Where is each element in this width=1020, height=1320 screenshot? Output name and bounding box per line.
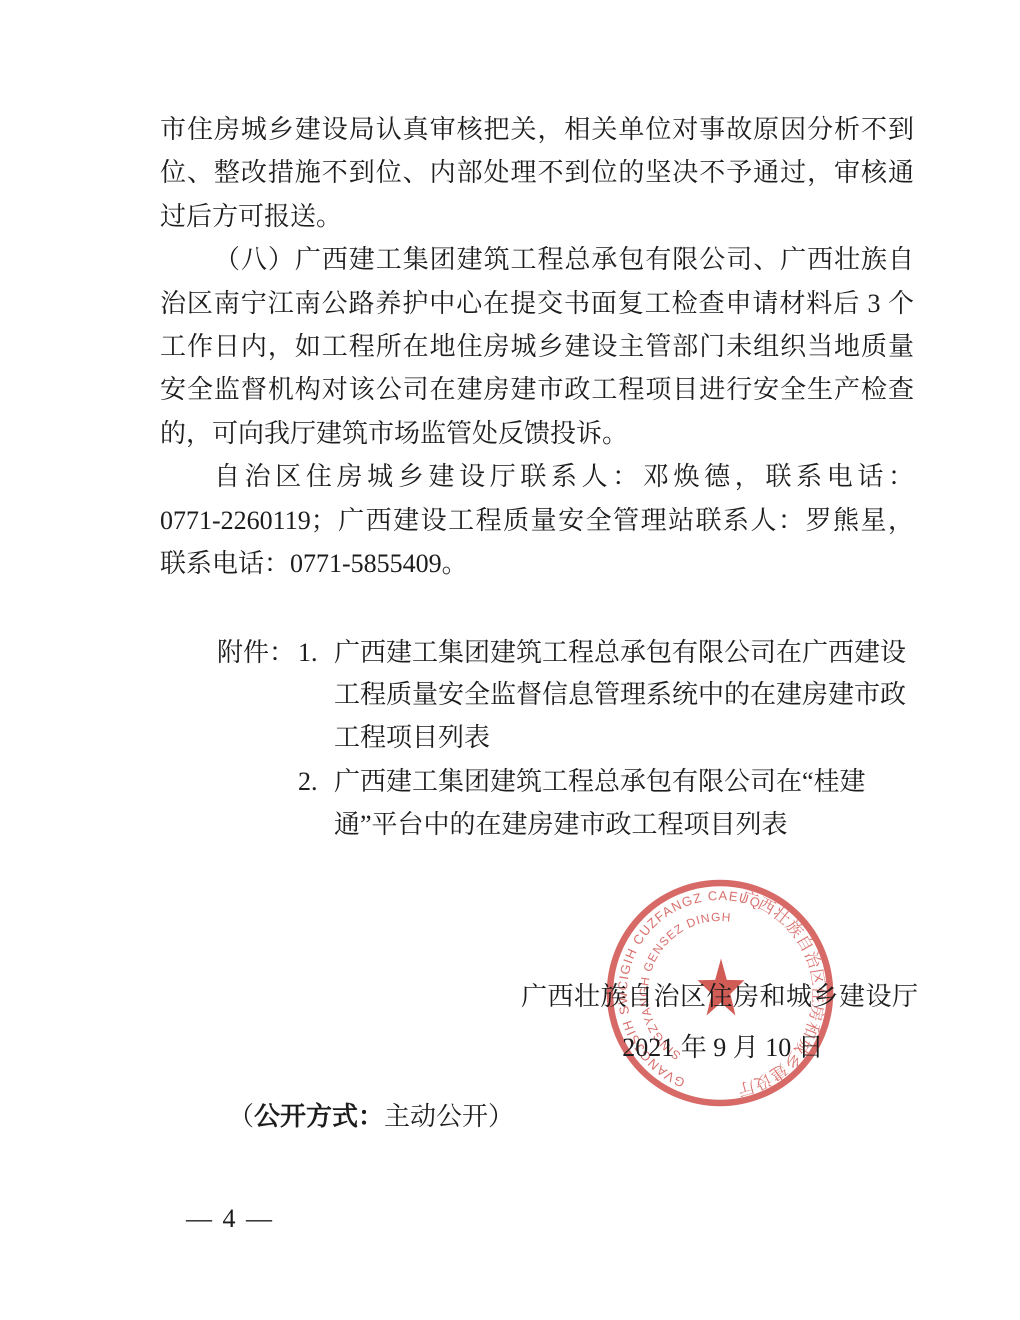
issuer-name: 广西壮族自治区住房和城乡建设厅 <box>521 983 919 1011</box>
attachment-line: 工程质量安全监督信息管理系统中的在建房建市政 <box>334 674 929 716</box>
body-line: 市住房城乡建设局认真审核把关，相关单位对事故原因分析不到 <box>160 108 914 151</box>
body-line: 的，可向我厅建筑市场监管处反馈投诉。 <box>160 412 914 455</box>
body-line: 过后方可报送。 <box>160 195 914 238</box>
attachment-line: 工程项目列表 <box>334 717 929 759</box>
body-line: （八）广西建工集团建筑工程总承包有限公司、广西壮族自 <box>160 238 914 281</box>
body-line: 工作日内，如工程所在地住房城乡建设主管部门未组织当地质量 <box>160 325 914 368</box>
attachment-label: 附件： <box>217 632 298 674</box>
disclosure-label: 公开方式： <box>254 1101 384 1131</box>
attachment-section: 附件： 1. 广西建工集团建筑工程总承包有限公司在广西建设 工程质量安全监督信息… <box>217 632 929 846</box>
body-text: 市住房城乡建设局认真审核把关，相关单位对事故原因分析不到 位、整改措施不到位、内… <box>160 108 914 585</box>
attachment-item: 附件： 1. 广西建工集团建筑工程总承包有限公司在广西建设 工程质量安全监督信息… <box>217 632 929 759</box>
attachment-item-number: 2. <box>298 761 334 803</box>
disclosure-value: 主动公开） <box>384 1102 514 1131</box>
disclosure-note: （公开方式：主动公开） <box>228 1101 514 1132</box>
body-line: 安全监督机构对该公司在建房建市政工程项目进行安全生产检查 <box>160 368 914 411</box>
body-line: 位、整改措施不到位、内部处理不到位的坚决不予通过，审核通 <box>160 151 914 194</box>
body-line: 0771-2260119；广西建设工程质量安全管理站联系人：罗熊星， <box>160 499 914 542</box>
page-number: — 4 — <box>186 1204 274 1234</box>
attachment-item-text: 广西建工集团建筑工程总承包有限公司在广西建设 工程质量安全监督信息管理系统中的在… <box>334 632 929 759</box>
disclosure-open-paren: （ <box>228 1102 254 1131</box>
attachment-line: 广西建工集团建筑工程总承包有限公司在“桂建 <box>334 761 929 803</box>
attachment-item: 2. 广西建工集团建筑工程总承包有限公司在“桂建 通”平台中的在建房建市政工程项… <box>217 761 929 846</box>
body-line: 治区南宁江南公路养护中心在提交书面复工检查申请材料后 3 个 <box>160 282 914 325</box>
document-page: 市住房城乡建设局认真审核把关，相关单位对事故原因分析不到 位、整改措施不到位、内… <box>0 0 1020 1320</box>
attachment-line: 通”平台中的在建房建市政工程项目列表 <box>334 804 929 846</box>
attachment-line: 广西建工集团建筑工程总承包有限公司在广西建设 <box>334 632 929 674</box>
attachment-item-number: 1. <box>298 632 334 674</box>
issue-date: 2021 年 9 月 10 日 <box>605 1034 841 1062</box>
body-line: 联系电话：0771-5855409。 <box>160 542 914 585</box>
body-line: 自治区住房城乡建设厅联系人：邓焕德，联系电话： <box>160 455 914 498</box>
attachment-item-text: 广西建工集团建筑工程总承包有限公司在“桂建 通”平台中的在建房建市政工程项目列表 <box>334 761 929 846</box>
